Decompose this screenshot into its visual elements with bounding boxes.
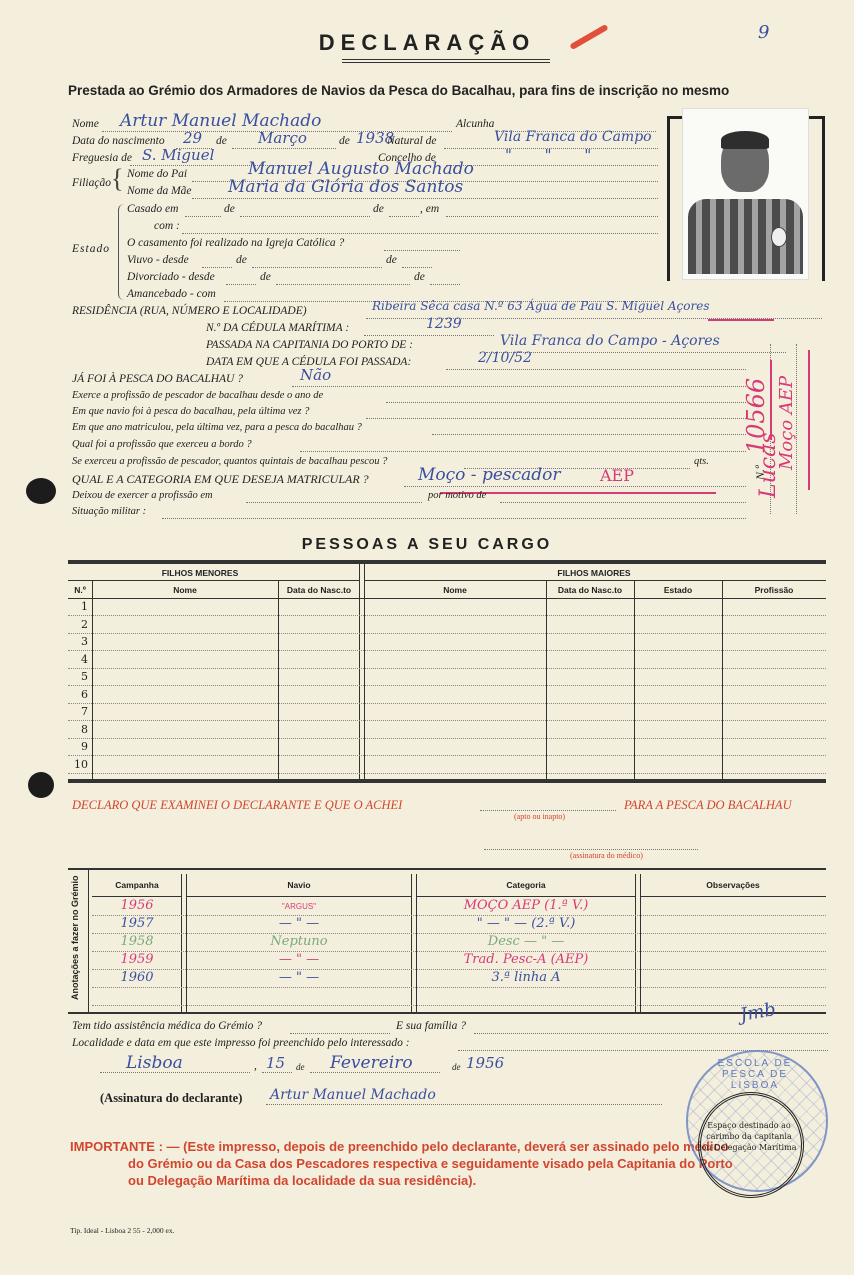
quintais-label: Se exerceu a profissão de pescador, quan… [72,456,387,467]
table-row[interactable] [68,755,826,756]
row-number: 9 [70,740,88,753]
annotation-categoria[interactable]: " — " — (2.ª V.) [416,916,636,931]
nome-field[interactable]: Artur Manuel Machado [120,111,321,131]
porto-field[interactable]: Vila Franca do Campo - Açores [500,333,720,349]
de-label: de [216,135,227,147]
table-row[interactable] [68,615,826,616]
categoria-suffix: AEP [600,466,634,485]
col-campanha: Campanha [92,880,182,890]
subtitle: Prestada ao Grémio dos Armadores de Navi… [68,83,729,98]
pessoas-title: PESSOAS A SEU CARGO [0,536,854,554]
residencia-label: RESIDÊNCIA (RUA, NÚMERO E LOCALIDADE) [72,305,307,317]
assinatura-medico-hint: (assinatura do médico) [570,851,643,860]
de-label: de [386,254,397,266]
col-nome-maiores: Nome [364,585,546,595]
freguesia-field[interactable]: S. Miguel [142,146,214,164]
alcunha-label: Alcunha [456,118,494,130]
freguesia-label: Freguesia de [72,152,132,164]
categoria-label: QUAL E A CATEGORIA EM QUE DESEJA MATRICU… [72,472,369,487]
annotation-navio[interactable]: — " — [186,916,412,931]
natural-field[interactable]: Vila Franca do Campo [494,129,652,145]
desde-label: Exerce a profissão de pescador de bacalh… [72,390,323,401]
motivo-label: por motivo de [428,490,486,501]
stamp-outer-text: ESCOLA DE PESCA DE LISBOA [700,1058,810,1091]
official-initials: Jmb [738,999,777,1026]
ano-label: Em que ano matriculou, pela última vez, … [72,422,362,433]
col-navio: Navio [186,880,412,890]
row-number: 5 [70,670,88,683]
row-number: 8 [70,723,88,736]
de-label: de [414,271,425,283]
table-row[interactable] [68,720,826,721]
punch-hole [28,772,54,798]
viuvo-label: Viuvo - desde [127,254,189,266]
annotation-campanha[interactable]: 1956 [92,898,182,913]
printer-imprint: Tip. Ideal - Lisboa 2 55 - 2,000 ex. [70,1226,175,1235]
page-number: 9 [758,22,769,43]
de-label: de [452,1062,461,1072]
medico-declaro: DECLARO QUE EXAMINEI O DECLARANTE E QUE … [72,798,402,813]
declaration-form: DECLARAÇÃO 9 Prestada ao Grémio dos Arma… [0,0,854,1275]
page-title: DECLARAÇÃO [0,30,854,56]
de-label: de [224,203,235,215]
day-field[interactable]: 15 [266,1054,285,1072]
de-label: de [373,203,384,215]
profissao-label: Qual foi a profissão que exerceu a bordo… [72,439,252,450]
row-number: 4 [70,653,88,666]
punch-hole [26,478,56,504]
deixou-label: Deixou de exercer a profissão em [72,490,213,501]
col-observacoes: Observações [640,880,826,890]
assinatura-label: (Assinatura do declarante) [100,1091,242,1106]
menores-header: FILHOS MENORES [100,568,300,578]
assistencia-label: Tem tido assistência médica do Grémio ? [72,1020,262,1032]
cedula-label: N.º DA CÉDULA MARÍTIMA : [206,322,349,334]
local-field[interactable]: Lisboa [126,1053,183,1073]
nascimento-month[interactable]: Março [258,129,307,147]
data-cedula-field[interactable]: 2/10/52 [478,350,532,366]
em-label: , em [420,203,439,215]
casado-label: Casado em [127,203,178,215]
mae-label: Nome da Mãe [127,185,192,197]
pink-rule [770,360,772,440]
categoria-field[interactable]: Moço - pescador [418,465,561,485]
natural-label: Natural de [387,135,437,147]
row-number: 2 [70,618,88,631]
cedula-field[interactable]: 1239 [426,316,462,332]
filiacao-label: Filiação [72,177,111,189]
porto-label: PASSADA NA CAPITANIA DO PORTO DE : [206,339,413,351]
navio-label: Em que navio foi à pesca do bacalhau, pe… [72,406,309,417]
signature-field[interactable]: Artur Manuel Machado [270,1087,436,1103]
annotation-navio[interactable]: Neptuno [186,934,412,949]
table-row[interactable] [68,703,826,704]
de-label: de [296,1062,305,1072]
mae-field[interactable]: Maria da Glória dos Santos [228,177,463,197]
ja-foi-field[interactable]: Não [300,366,331,384]
col-profissao: Profissão [722,585,826,595]
annotation-categoria[interactable]: Trad. Pesc-A (AEP) [416,952,636,967]
igreja-label: O casamento foi realizado na Igreja Cató… [127,237,344,249]
militar-label: Situação militar : [72,506,146,517]
margin-signature: Lucas [756,432,781,498]
quintais-unit: qts. [694,456,709,467]
annotation-navio[interactable]: — " — [186,952,412,967]
col-data-menores: Data do Nasc.to [278,585,360,595]
apto-hint: (apto ou inapto) [514,812,565,821]
row-number: 1 [70,600,88,613]
pai-label: Nome do Pai [127,168,187,180]
estado-label: Estado [72,243,110,255]
table-row[interactable] [68,668,826,669]
annotation-campanha[interactable]: 1958 [92,934,182,949]
month-field[interactable]: Fevereiro [330,1053,413,1073]
de-label: de [339,135,350,147]
importante-notice: IMPORTANTE : — (Este impresso, depois de… [70,1138,748,1189]
com-label: com : [154,220,180,232]
pai-field[interactable]: Manuel Augusto Machado [248,159,474,179]
table-row[interactable] [68,633,826,634]
row-number: 6 [70,688,88,701]
table-row[interactable] [68,773,826,774]
table-row [92,987,826,988]
table-row [92,1005,826,1006]
col-nome-menores: Nome [92,585,278,595]
annotation-campanha[interactable]: 1960 [92,970,182,985]
maiores-header: FILHOS MAIORES [362,568,826,578]
row-number: 10 [70,758,88,771]
row-number: 7 [70,705,88,718]
annotation-campanha[interactable]: 1959 [92,952,182,967]
de-label: de [236,254,247,266]
pink-rule [808,350,810,490]
de-label: de [260,271,271,283]
stamp-placeholder-text: Espaço destinado ao carimbo da capitania… [700,1120,798,1153]
table-row[interactable] [68,685,826,686]
row-number: 3 [70,635,88,648]
concelho-field[interactable]: " " " [505,146,605,164]
annotation-categoria[interactable]: MOÇO AEP (1.ª V.) [416,898,636,913]
margin-note-number [764,248,794,358]
annotation-categoria[interactable]: Desc — " — [416,934,636,949]
col-estado: Estado [634,585,722,595]
year-field[interactable]: 1956 [466,1054,504,1072]
anotacoes-side-label: Anotações a fazer no Grémio [70,875,80,1000]
annotation-campanha[interactable]: 1957 [92,916,182,931]
col-n: N.º [68,585,92,595]
annotation-categoria[interactable]: 3.ª linha A [416,970,636,985]
nome-label: Nome [72,118,99,130]
ja-foi-label: JÁ FOI À PESCA DO BACALHAU ? [72,373,243,385]
col-categoria: Categoria [416,880,636,890]
table-row[interactable] [68,738,826,739]
residencia-field[interactable]: Ribeira Sêca casa N.º 63 Água de Pau S. … [372,299,710,313]
nascimento-day[interactable]: 29 [183,129,202,147]
medico-para: PARA A PESCA DO BACALHAU [624,798,792,813]
table-row[interactable] [68,650,826,651]
annotation-navio[interactable]: — " — [186,970,412,985]
amancebado-label: Amancebado - com [127,288,216,300]
col-data-maiores: Data do Nasc.to [546,585,634,595]
familia-label: E sua família ? [396,1020,466,1032]
title-underline [342,59,550,63]
localidade-label: Localidade e data em que este impresso f… [72,1037,410,1049]
divorciado-label: Divorciado - desde [127,271,215,283]
annotation-navio[interactable]: "ARGUS" [186,902,412,911]
